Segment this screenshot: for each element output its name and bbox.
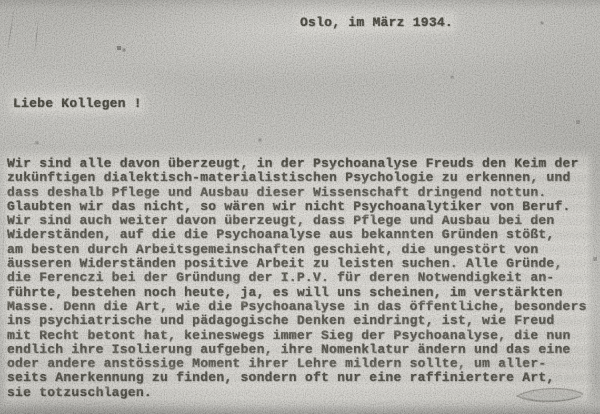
letter-line: äusseren Widerständen positive Arbeit zu… — [7, 257, 587, 271]
handwritten-smudge-mark — [505, 384, 589, 412]
letter-line: Wir sind alle davon überzeugt, in der Ps… — [7, 157, 587, 171]
typewritten-layer: Oslo, im März 1934. Liebe Kollegen ! Wir… — [0, 0, 600, 414]
letter-line: zukünftigen dialektisch-materialistische… — [7, 171, 587, 185]
letter-line: Glaubten wir das nicht, so wären wir nic… — [7, 200, 587, 214]
scanned-letter-page: Oslo, im März 1934. Liebe Kollegen ! Wir… — [0, 0, 600, 414]
letter-line: die Ferenczi bei der Gründung der I.P.V.… — [7, 271, 587, 285]
letter-line: Masse. Denn die Art, wie die Psychoanaly… — [7, 300, 587, 314]
letter-line: seits Anerkennung zu finden, sondern oft… — [7, 371, 587, 385]
letter-line: sie totzuschlagen. — [7, 386, 587, 400]
letter-line: ins psychiatrische und pädagogische Denk… — [7, 314, 587, 328]
letter-line: führte, bestehen noch heute, ja, es will… — [7, 286, 587, 300]
letter-line: mit Recht betont hat, keineswegs immer S… — [7, 329, 587, 343]
dateline: Oslo, im März 1934. — [300, 15, 453, 30]
letter-line: oder andere anstössige Moment ihrer Lehr… — [7, 357, 587, 371]
letter-line: Wir sind auch weiter davon überzeugt, da… — [7, 214, 587, 228]
letter-line: dass deshalb Pflege und Ausbau dieser Wi… — [7, 186, 587, 200]
letter-body: Wir sind alle davon überzeugt, in der Ps… — [7, 157, 587, 400]
salutation: Liebe Kollegen ! — [13, 96, 142, 111]
letter-line: Widerständen, auf die die Psychoanalyse … — [7, 228, 587, 242]
letter-line: endlich ihre Isolierung aufgeben, ihre N… — [7, 343, 587, 357]
letter-line: am besten durch Arbeitsgemeinschaften ge… — [7, 243, 587, 257]
